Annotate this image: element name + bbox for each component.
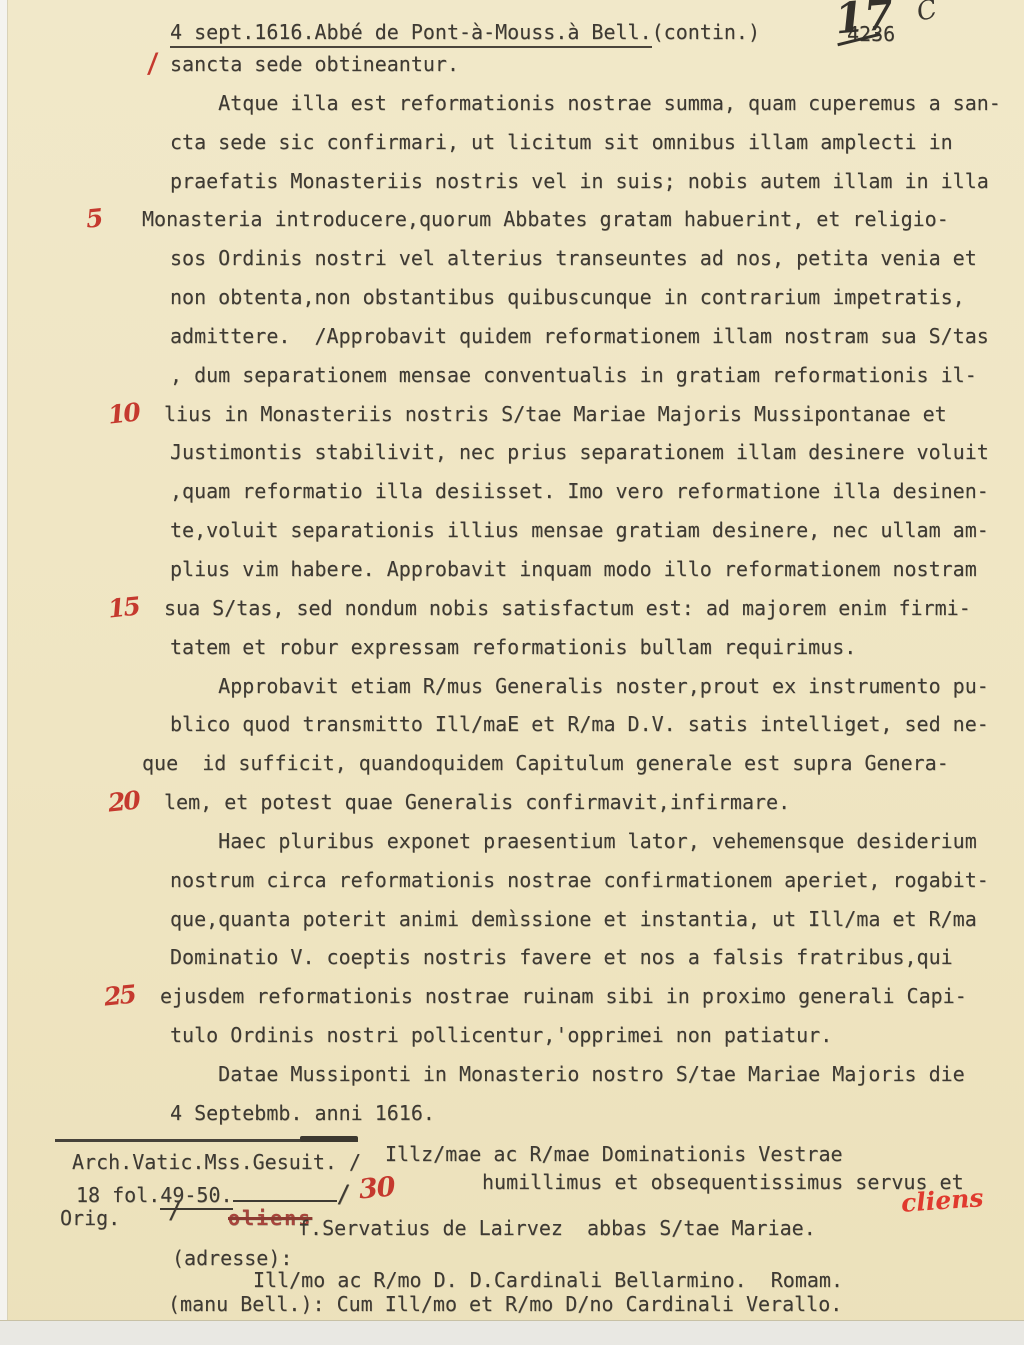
document-line: praefatis Monasteriis nostris vel in sui… — [170, 169, 1001, 208]
closing-line1: Illz/mae ac R/mae Dominationis Vestrae — [385, 1142, 843, 1166]
page-header: 4 sept.1616.Abbé de Pont-à-Mouss.à Bell.… — [170, 20, 760, 44]
line-text: 4 Septebmb. anni 1616. — [170, 1101, 435, 1125]
underline-extender — [233, 1186, 337, 1202]
line-text: Atque illa est reformationis nostrae sum… — [170, 91, 1001, 115]
line-text: plius vim habere. Approbavit inquam modo… — [170, 557, 977, 581]
line-text: cta sede sic confirmari, ut licitum sit … — [170, 130, 953, 154]
archive-reference-line2: 18 fol.49-50./30 — [76, 1178, 395, 1209]
document-line: blico quod transmitto Ill/maE et R/ma D.… — [170, 712, 1001, 751]
line-text: sancta sede obtineantur. — [170, 52, 459, 76]
manu-bell-line: (manu Bell.): Cum Ill/mo et R/mo D/no Ca… — [168, 1292, 842, 1316]
line-text: sos Ordinis nostri vel alterius transeun… — [170, 246, 977, 270]
line-text: , dum separationem mensae conventualis i… — [170, 363, 977, 387]
typed-slash: / — [168, 1196, 182, 1224]
line-text: Haec pluribus exponet praesentium lator,… — [170, 829, 977, 853]
margin-slash-mark: / — [146, 49, 157, 80]
document-line: admittere. /Approbavit quidem reformatio… — [170, 324, 1001, 363]
folio-prefix: 18 fol. — [76, 1183, 160, 1207]
document-line: sos Ordinis nostri vel alterius transeun… — [170, 246, 1001, 285]
document-line: 4 Septebmb. anni 1616. — [170, 1101, 1001, 1140]
line-text: que,quanta poterit animi demìssione et i… — [170, 907, 977, 931]
document-line: Approbavit etiam R/mus Generalis noster,… — [170, 674, 1001, 713]
scanned-letter-page: 4 sept.1616.Abbé de Pont-à-Mouss.à Bell.… — [0, 0, 1024, 1345]
margin-line-number: 20 — [107, 786, 141, 818]
document-line: Dominatio V. coeptis nostris favere et n… — [170, 945, 1001, 984]
line-text: Dominatio V. coeptis nostris favere et n… — [170, 945, 953, 969]
document-line: te,voluit separationis illius mensae gra… — [170, 518, 1001, 557]
reference-divider-blob — [300, 1136, 358, 1142]
document-line: tatem et robur expressam reformationis b… — [170, 635, 1001, 674]
document-line: Justimontis stabilivit, nec prius separa… — [170, 440, 1001, 479]
document-line: plius vim habere. Approbavit inquam modo… — [170, 557, 1001, 596]
archive-reference-line1: Arch.Vatic.Mss.Gesuit. / — [72, 1150, 361, 1174]
typed-slash: / — [337, 1180, 351, 1208]
document-line: cta sede sic confirmari, ut licitum sit … — [170, 130, 1001, 169]
document-line: /sancta sede obtineantur. — [170, 52, 1001, 91]
line-text: admittere. /Approbavit quidem reformatio… — [170, 324, 989, 348]
document-line: Datae Mussiponti in Monasterio nostro S/… — [170, 1062, 1001, 1101]
adresse-label: (adresse): — [172, 1246, 292, 1270]
header-title-rest: (contin.) — [652, 20, 760, 44]
line-text: ejusdem reformationis nostrae ruinam sib… — [160, 984, 967, 1008]
line-text: blico quod transmitto Ill/maE et R/ma D.… — [170, 712, 989, 736]
document-body: /sancta sede obtineantur. Atque illa est… — [170, 52, 1001, 1140]
margin-line-number: 5 — [85, 204, 103, 234]
document-line: Haec pluribus exponet praesentium lator,… — [170, 829, 1001, 868]
margin-line-number: 15 — [107, 591, 141, 623]
document-line: tulo Ordinis nostri pollicentur,'opprime… — [170, 1023, 1001, 1062]
scanner-edge-bottom — [0, 1320, 1024, 1345]
line-text: Monasteria introducere,quorum Abbates gr… — [142, 207, 949, 231]
document-line: nostrum circa reformationis nostrae conf… — [170, 868, 1001, 907]
line-text: Datae Mussiponti in Monasterio nostro S/… — [170, 1062, 965, 1086]
header-title-underlined: 4 sept.1616.Abbé de Pont-à-Mouss.à Bell. — [170, 20, 652, 48]
line-text: non obtenta,non obstantibus quibuscunque… — [170, 285, 965, 309]
line-text: tatem et robur expressam reformationis b… — [170, 635, 856, 659]
corner-check-mark: C — [914, 0, 941, 28]
line-text: te,voluit separationis illius mensae gra… — [170, 518, 989, 542]
document-line: 20lem, et potest quae Generalis confirma… — [164, 790, 1001, 829]
line-text: Approbavit etiam R/mus Generalis noster,… — [170, 674, 989, 698]
document-line: que id sufficit, quandoquidem Capitulum … — [142, 751, 1001, 790]
document-line: 15sua S/tas, sed nondum nobis satisfactu… — [164, 596, 1001, 635]
document-line: Atque illa est reformationis nostrae sum… — [170, 91, 1001, 130]
line-text: tulo Ordinis nostri pollicentur,'opprime… — [170, 1023, 832, 1047]
document-line: non obtenta,non obstantibus quibuscunque… — [170, 285, 1001, 324]
line-text: lius in Monasteriis nostris S/tae Mariae… — [164, 402, 947, 426]
line-text: sua S/tas, sed nondum nobis satisfactum … — [164, 596, 971, 620]
line-text: que id sufficit, quandoquidem Capitulum … — [142, 751, 949, 775]
scanner-edge-left — [0, 0, 8, 1345]
margin-line-number: 10 — [107, 397, 141, 429]
line-text: praefatis Monasteriis nostris vel in sui… — [170, 169, 989, 193]
document-line: 25ejusdem reformationis nostrae ruinam s… — [160, 984, 1001, 1023]
address-line: Ill/mo ac R/mo D. D.Cardinali Bellarmino… — [253, 1268, 843, 1292]
document-line: 5Monasteria introducere,quorum Abbates g… — [142, 207, 1001, 246]
document-line: , dum separationem mensae conventualis i… — [170, 363, 1001, 402]
line-text: nostrum circa reformationis nostrae conf… — [170, 868, 989, 892]
line-text: Justimontis stabilivit, nec prius separa… — [170, 440, 989, 464]
document-line: que,quanta poterit animi demìssione et i… — [170, 907, 1001, 946]
orig-label: Orig. — [60, 1206, 120, 1230]
margin-line-number: 25 — [103, 980, 137, 1012]
document-line: ,quam reformatio illa desiisset. Imo ver… — [170, 479, 1001, 518]
signature-line: f.Servatius de Lairvez abbas S/tae Maria… — [298, 1216, 816, 1240]
closing-line2: humillimus et obsequentissimus servus et — [482, 1170, 964, 1194]
document-line: 10lius in Monasteriis nostris S/tae Mari… — [164, 402, 1001, 441]
line-text: ,quam reformatio illa desiisset. Imo ver… — [170, 479, 989, 503]
line-text: lem, et potest quae Generalis confirmavi… — [164, 790, 790, 814]
margin-line-number: 30 — [358, 1172, 396, 1206]
